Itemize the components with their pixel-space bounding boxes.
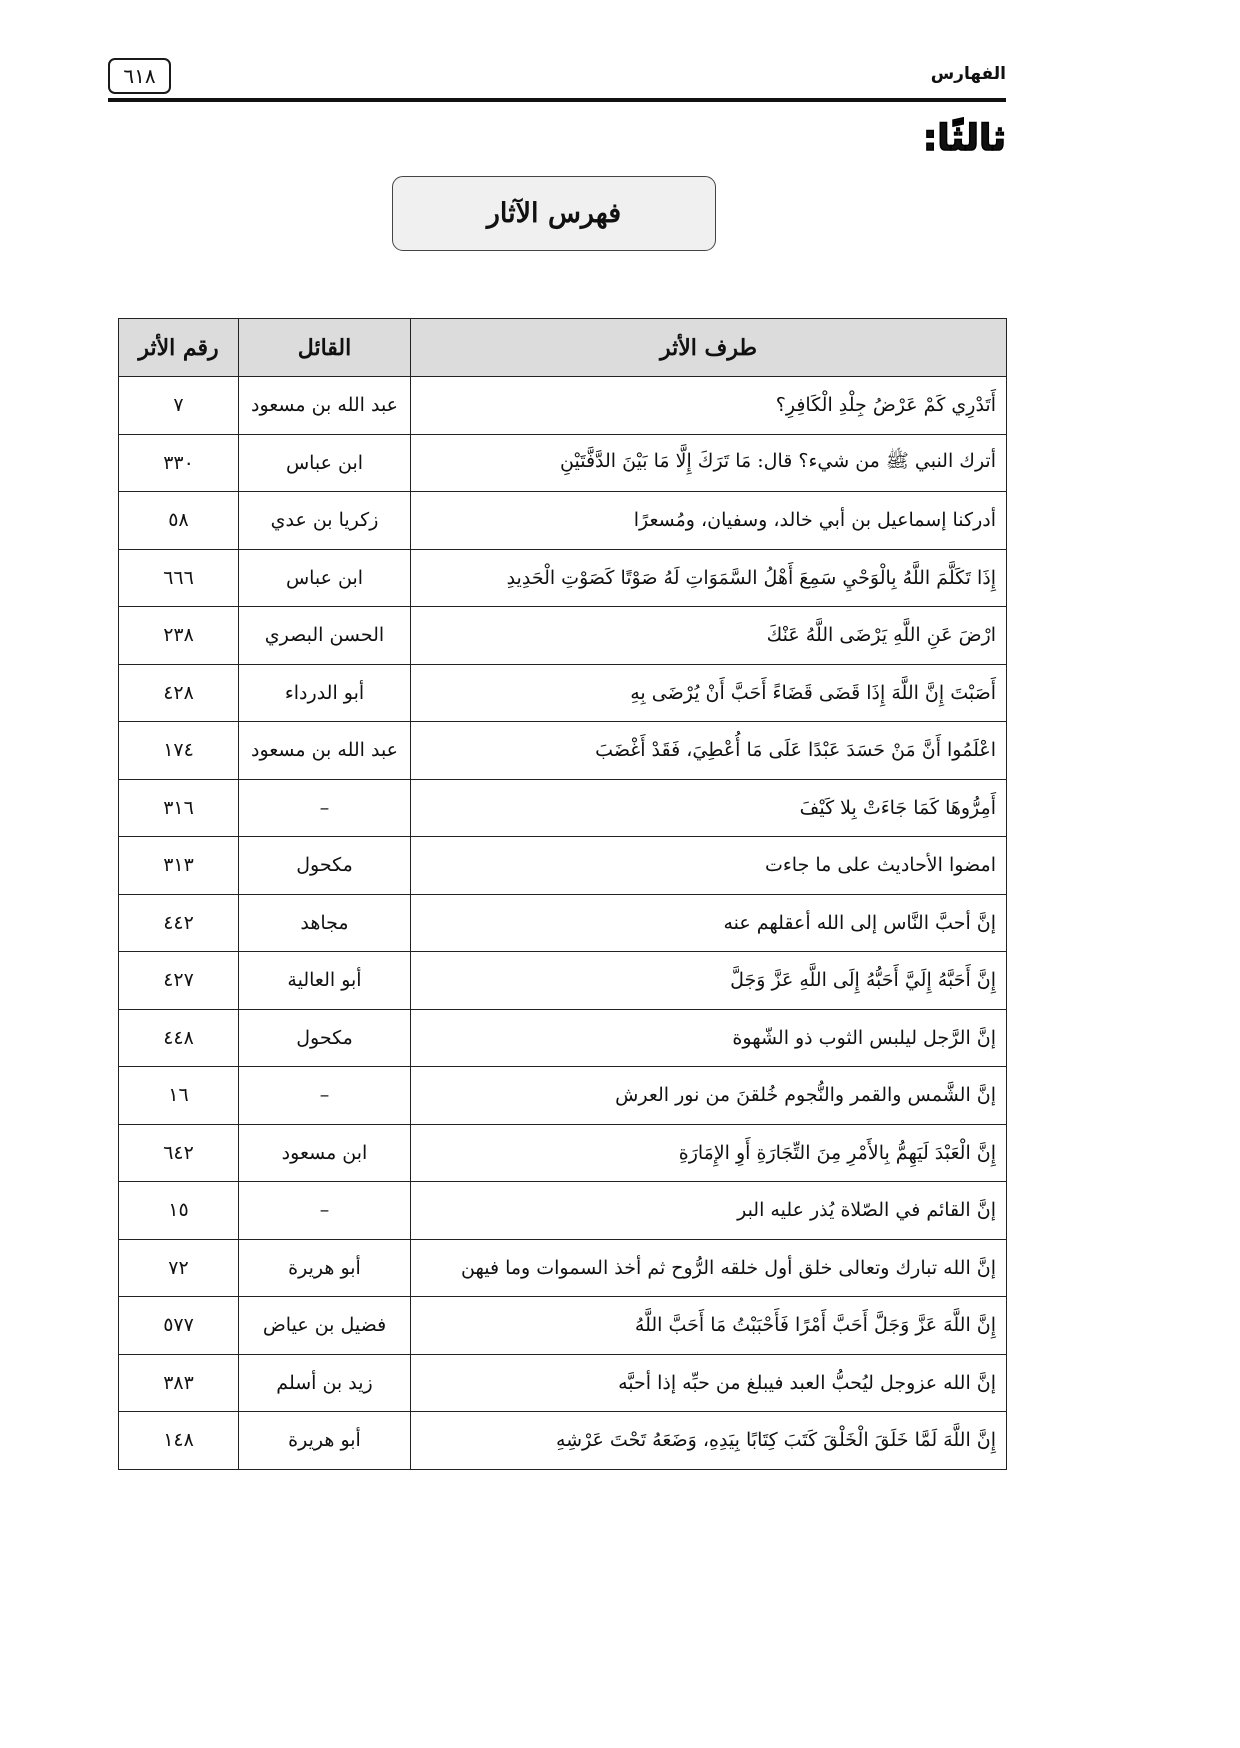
athar-text-cell: أَتَدْرِي كَمْ عَرْضُ جِلْدِ الْكَافِرِ؟: [411, 377, 1007, 435]
athar-text-cell: إنَّ الله عزوجل ليُحبُّ العبد فيبلغ من ح…: [411, 1354, 1007, 1412]
athar-text-cell: إنَّ الرَّجل ليلبس الثوب ذو الشّهوة: [411, 1009, 1007, 1067]
athar-text-cell: اعْلَمُوا أَنَّ مَنْ حَسَدَ عَبْدًا عَلَ…: [411, 722, 1007, 780]
table-row: أَمِرُّوهَا كَمَا جَاءَتْ بِلا كَيْفَ–٣١…: [119, 779, 1007, 837]
table-row: إِنَّ اللَّهَ عَزَّ وَجَلَّ أَحَبَّ أَمْ…: [119, 1297, 1007, 1355]
athar-number-cell: ٧٢: [119, 1239, 239, 1297]
sayer-cell: عبد الله بن مسعود: [239, 722, 411, 780]
table-row: امضوا الأحاديث على ما جاءتمكحول٣١٣: [119, 837, 1007, 895]
sayer-cell: عبد الله بن مسعود: [239, 377, 411, 435]
column-header-number: رقم الأثر: [119, 319, 239, 377]
sayer-cell: زكريا بن عدي: [239, 492, 411, 550]
table-row: إِنَّ اللَّهَ لَمَّا خَلَقَ الْخَلْقَ كَ…: [119, 1412, 1007, 1470]
table-row: أترك النبي ﷺ من شيء؟ قال: مَا تَرَكَ إِل…: [119, 434, 1007, 492]
athar-number-cell: ٣٨٣: [119, 1354, 239, 1412]
athar-text-cell: إنَّ أحبَّ النَّاس إلى الله أعقلهم عنه: [411, 894, 1007, 952]
running-title: الفهارس: [900, 64, 1006, 84]
athar-text-cell: ارْضَ عَنِ اللَّهِ يَرْضَى اللَّهُ عَنْك…: [411, 607, 1007, 665]
athar-number-cell: ٣١٦: [119, 779, 239, 837]
sayer-cell: أبو العالية: [239, 952, 411, 1010]
table-row: أَصَبْتَ إِنَّ اللَّهَ إِذَا قَضَى قَضَا…: [119, 664, 1007, 722]
athar-text-cell: أترك النبي ﷺ من شيء؟ قال: مَا تَرَكَ إِل…: [411, 434, 1007, 492]
sayer-cell: فضيل بن عياض: [239, 1297, 411, 1355]
athar-number-cell: ١٤٨: [119, 1412, 239, 1470]
column-header-sayer: القائل: [239, 319, 411, 377]
table-row: إِنَّ الْعَبْدَ لَيَهِمُّ بِالأَمْرِ مِن…: [119, 1124, 1007, 1182]
header-rule: [108, 98, 1006, 102]
table-row: إِنَّ أَحَبَّهُ إِلَيَّ أَحَبُّهُ إِلَى …: [119, 952, 1007, 1010]
athar-text-cell: أَصَبْتَ إِنَّ اللَّهَ إِذَا قَضَى قَضَا…: [411, 664, 1007, 722]
athar-text-cell: امضوا الأحاديث على ما جاءت: [411, 837, 1007, 895]
sayer-cell: زيد بن أسلم: [239, 1354, 411, 1412]
athar-text-cell: إنَّ القائم في الصّلاة يُذر عليه البر: [411, 1182, 1007, 1240]
table-row: اعْلَمُوا أَنَّ مَنْ حَسَدَ عَبْدًا عَلَ…: [119, 722, 1007, 780]
athar-number-cell: ٣٣٠: [119, 434, 239, 492]
athar-text-cell: إِذَا تَكَلَّمَ اللَّهُ بِالْوَحْيِ سَمِ…: [411, 549, 1007, 607]
athar-text-cell: إنَّ الله تبارك وتعالى خلق أول خلقه الرُ…: [411, 1239, 1007, 1297]
sayer-cell: ابن مسعود: [239, 1124, 411, 1182]
athar-number-cell: ١٧٤: [119, 722, 239, 780]
athar-text-cell: إِنَّ أَحَبَّهُ إِلَيَّ أَحَبُّهُ إِلَى …: [411, 952, 1007, 1010]
table-row: إنَّ الرَّجل ليلبس الثوب ذو الشّهوةمكحول…: [119, 1009, 1007, 1067]
table-row: إنَّ الشَّمس والقمر والنُّجوم خُلقنَ من …: [119, 1067, 1007, 1125]
table-body: أَتَدْرِي كَمْ عَرْضُ جِلْدِ الْكَافِرِ؟…: [119, 377, 1007, 1470]
table-row: إنَّ الله تبارك وتعالى خلق أول خلقه الرُ…: [119, 1239, 1007, 1297]
table-row: ارْضَ عَنِ اللَّهِ يَرْضَى اللَّهُ عَنْك…: [119, 607, 1007, 665]
index-title-box: فهرس الآثار: [392, 176, 716, 251]
table-header-row: طرف الأثر القائل رقم الأثر: [119, 319, 1007, 377]
athar-number-cell: ١٥: [119, 1182, 239, 1240]
sayer-cell: ابن عباس: [239, 434, 411, 492]
sayer-cell: الحسن البصري: [239, 607, 411, 665]
page-number: ٦١٨: [108, 58, 171, 94]
sayer-cell: مجاهد: [239, 894, 411, 952]
index-title: فهرس الآثار: [487, 198, 621, 229]
table-row: إنَّ الله عزوجل ليُحبُّ العبد فيبلغ من ح…: [119, 1354, 1007, 1412]
athar-number-cell: ٦٤٢: [119, 1124, 239, 1182]
athar-number-cell: ٤٢٨: [119, 664, 239, 722]
table-row: أَتَدْرِي كَمْ عَرْضُ جِلْدِ الْكَافِرِ؟…: [119, 377, 1007, 435]
sayer-cell: أبو الدرداء: [239, 664, 411, 722]
athar-number-cell: ٤٢٧: [119, 952, 239, 1010]
sayer-cell: أبو هريرة: [239, 1239, 411, 1297]
sayer-cell: مكحول: [239, 837, 411, 895]
table-row: إنَّ القائم في الصّلاة يُذر عليه البر–١٥: [119, 1182, 1007, 1240]
athar-text-cell: أدركنا إسماعيل بن أبي خالد، وسفيان، ومُس…: [411, 492, 1007, 550]
table-row: أدركنا إسماعيل بن أبي خالد، وسفيان، ومُس…: [119, 492, 1007, 550]
sayer-cell: –: [239, 1182, 411, 1240]
sayer-cell: –: [239, 1067, 411, 1125]
sayer-cell: ابن عباس: [239, 549, 411, 607]
athar-number-cell: ١٦: [119, 1067, 239, 1125]
athar-text-cell: إِنَّ الْعَبْدَ لَيَهِمُّ بِالأَمْرِ مِن…: [411, 1124, 1007, 1182]
athar-text-cell: إنَّ الشَّمس والقمر والنُّجوم خُلقنَ من …: [411, 1067, 1007, 1125]
sayer-cell: أبو هريرة: [239, 1412, 411, 1470]
athar-number-cell: ٣١٣: [119, 837, 239, 895]
athar-index-table: طرف الأثر القائل رقم الأثر أَتَدْرِي كَم…: [118, 318, 1007, 1470]
athar-text-cell: أَمِرُّوهَا كَمَا جَاءَتْ بِلا كَيْفَ: [411, 779, 1007, 837]
athar-number-cell: ٦٦٦: [119, 549, 239, 607]
athar-text-cell: إِنَّ اللَّهَ لَمَّا خَلَقَ الْخَلْقَ كَ…: [411, 1412, 1007, 1470]
athar-number-cell: ٤٤٨: [119, 1009, 239, 1067]
section-label: ثالثًا:: [860, 118, 1006, 159]
table-row: إنَّ أحبَّ النَّاس إلى الله أعقلهم عنهمج…: [119, 894, 1007, 952]
athar-number-cell: ٢٣٨: [119, 607, 239, 665]
sayer-cell: –: [239, 779, 411, 837]
athar-number-cell: ٥٨: [119, 492, 239, 550]
sayer-cell: مكحول: [239, 1009, 411, 1067]
athar-number-cell: ٥٧٧: [119, 1297, 239, 1355]
column-header-text: طرف الأثر: [411, 319, 1007, 377]
athar-text-cell: إِنَّ اللَّهَ عَزَّ وَجَلَّ أَحَبَّ أَمْ…: [411, 1297, 1007, 1355]
athar-number-cell: ٧: [119, 377, 239, 435]
athar-number-cell: ٤٤٢: [119, 894, 239, 952]
table-row: إِذَا تَكَلَّمَ اللَّهُ بِالْوَحْيِ سَمِ…: [119, 549, 1007, 607]
